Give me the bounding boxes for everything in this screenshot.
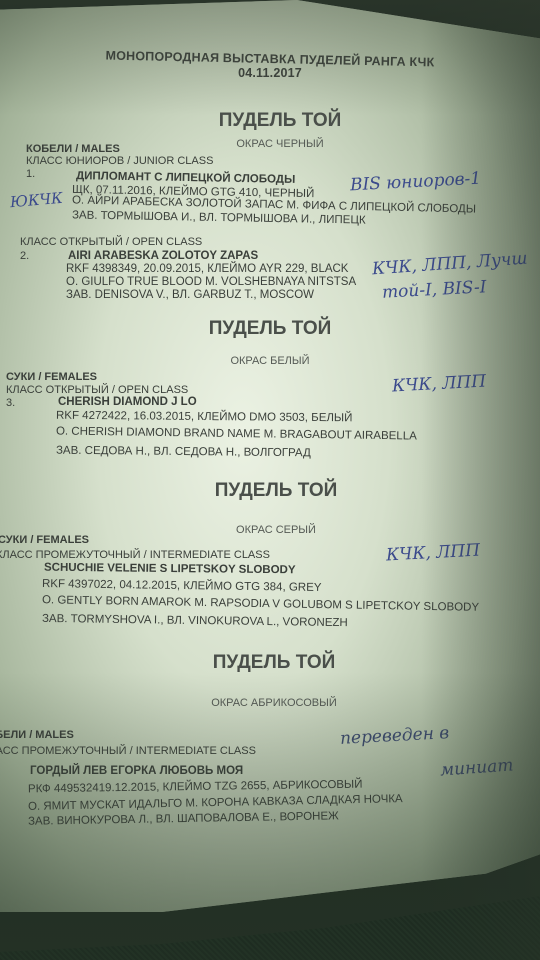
dog-name: CHERISH DIAMOND J LO — [58, 396, 197, 408]
sex-group: СУКИ / FEMALES — [0, 534, 89, 546]
sex-group: КОБЕЛИ / MALES — [26, 143, 120, 155]
document-date: 04.11.2017 — [0, 66, 540, 80]
class-label: КЛАСС ОТКРЫТЫЙ / OPEN CLASS — [6, 384, 188, 396]
dog-breeder-owner: ЗАВ. DENISOVA V., ВЛ. GARBUZ T., MOSCOW — [66, 289, 314, 301]
dog-name: ГОРДЫЙ ЛЕВ ЕГОРКА ЛЮБОВЬ МОЯ — [30, 765, 243, 777]
class-label: КЛАСС ПРОМЕЖУТОЧНЫЙ / INTERMEDIATE CLASS — [0, 549, 270, 561]
dog-name: AIRI ARABESKA ZOLOTOY ZAPAS — [68, 250, 258, 262]
class-label: КЛАСС ЮНИОРОВ / JUNIOR CLASS — [26, 155, 213, 167]
entry-number: 1. — [26, 168, 35, 180]
dog-parents: O. GIULFO TRUE BLOOD M. VOLSHEBNAYA NITS… — [66, 276, 356, 288]
section-breed-title: ПУДЕЛЬ ТОЙ — [0, 318, 540, 340]
sex-group: КОБЕЛИ / MALES — [0, 729, 74, 741]
section-breed-title: ПУДЕЛЬ ТОЙ — [4, 652, 540, 674]
section-breed-title: ПУДЕЛЬ ТОЙ — [6, 480, 540, 502]
section-breed-title: ПУДЕЛЬ ТОЙ — [10, 110, 540, 132]
dog-registration: RKF 4398349, 20.09.2015, КЛЕЙМО AYR 229,… — [66, 263, 348, 275]
sex-group: СУКИ / FEMALES — [6, 371, 97, 383]
class-label: КЛАСС ОТКРЫТЫЙ / OPEN CLASS — [20, 236, 202, 248]
class-label: КЛАСС ПРОМЕЖУТОЧНЫЙ / INTERMEDIATE CLASS — [0, 745, 256, 757]
dog-registration: RKF 4272422, 16.03.2015, КЛЕЙМО DMO 3503… — [56, 410, 353, 425]
entry-number: 3. — [6, 397, 15, 409]
entry-number: 2. — [20, 250, 29, 262]
section-color: ОКРАС БЕЛЫЙ — [0, 355, 540, 367]
section-color: ОКРАС АБРИКОСОВЫЙ — [4, 697, 540, 709]
